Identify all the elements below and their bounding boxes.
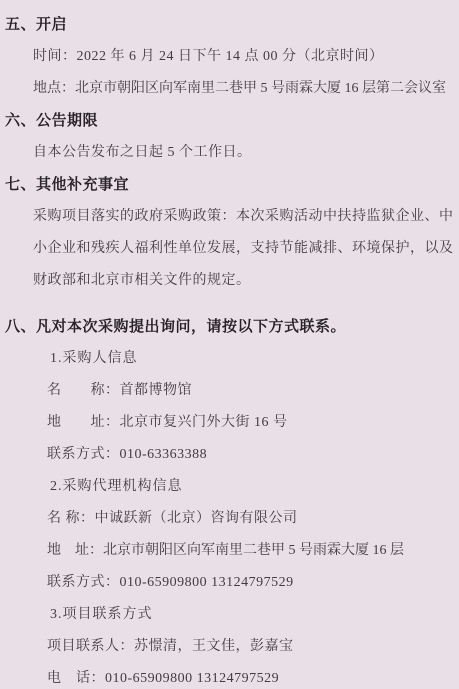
buyer-name-line: 名 称：首都博物馆 <box>47 375 457 407</box>
section-6-body-line: 自本公告发布之日起 5 个工作日。 <box>33 137 457 169</box>
section-5-time-line: 时间：2022 年 6 月 24 日下午 14 点 00 分（北京时间） <box>33 41 457 73</box>
agent-name-line: 名 称：中诚跃新（北京）咨询有限公司 <box>47 503 457 535</box>
section-7-paragraph-line-1: 采购项目落实的政府采购政策：本次采购活动中扶持监狱企业、中 <box>33 201 457 233</box>
buyer-info-title: 1.采购人信息 <box>50 343 457 375</box>
procurement-notice-document: 五、开启 时间：2022 年 6 月 24 日下午 14 点 00 分（北京时间… <box>0 0 459 689</box>
buyer-address-line: 地 址：北京市复兴门外大街 16 号 <box>47 407 457 439</box>
buyer-contact-line: 联系方式：010-63363388 <box>47 439 457 471</box>
section-8-heading: 八、凡对本次采购提出询问，请按以下方式联系。 <box>5 311 457 343</box>
section-7-paragraph-line-2: 小企业和残疾人福利性单位发展，支持节能减排、环境保护，以及 <box>33 233 457 265</box>
agent-contact-line: 联系方式：010-65909800 13124797529 <box>47 567 457 599</box>
project-contact-title: 3.项目联系方式 <box>50 599 457 631</box>
section-5-heading: 五、开启 <box>5 9 457 41</box>
agent-info-title: 2.采购代理机构信息 <box>50 471 457 503</box>
section-7-paragraph-line-3: 财政部和北京市相关文件的规定。 <box>33 265 457 297</box>
project-contacts-line: 项目联系人：苏憬清，王文佳，彭嘉宝 <box>47 631 457 663</box>
agent-address-line: 地 址：北京市朝阳区向军南里二巷甲 5 号雨霖大厦 16 层 <box>47 535 457 567</box>
project-phone-line: 电 话：010-65909800 13124797529 <box>47 663 457 689</box>
section-6-heading: 六、公告期限 <box>5 105 457 137</box>
section-5-place-line: 地点：北京市朝阳区向军南里二巷甲 5 号雨霖大厦 16 层第二会议室 <box>33 73 457 105</box>
section-7-heading: 七、其他补充事宜 <box>5 169 457 201</box>
